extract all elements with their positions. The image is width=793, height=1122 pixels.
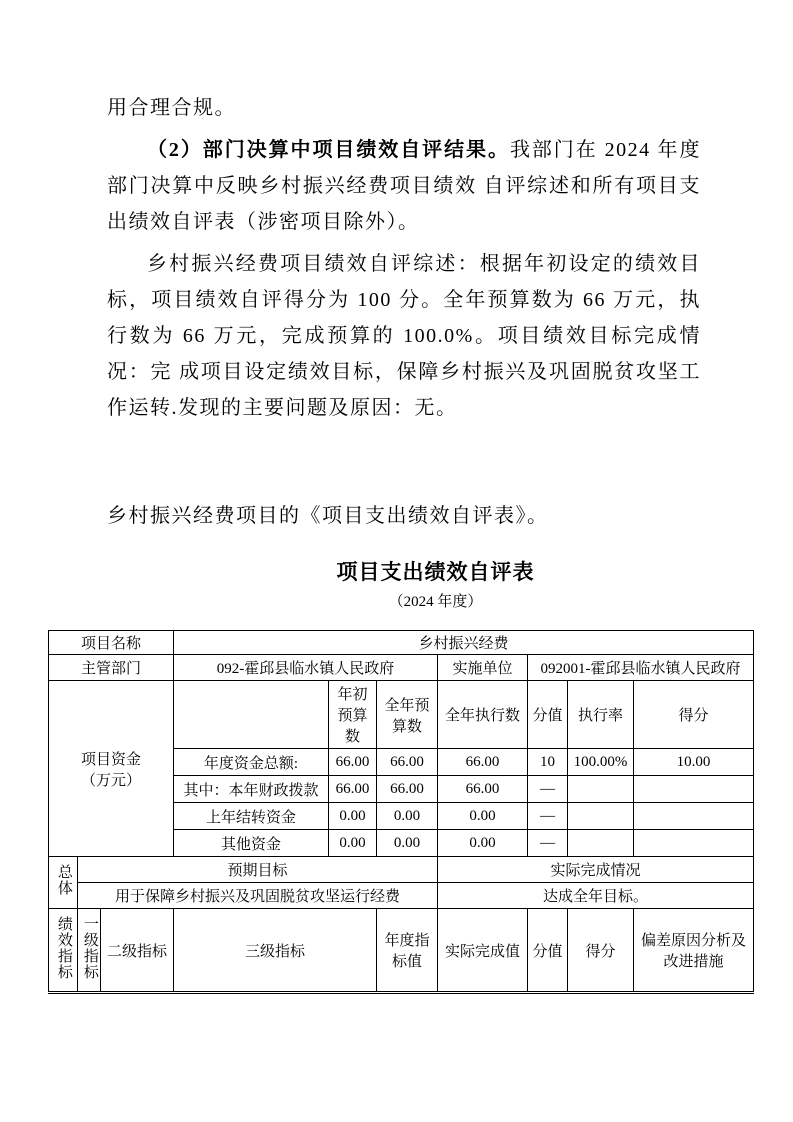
table-subtitle-year: （2024 年度） bbox=[48, 590, 753, 611]
row-indicator-headers: 绩效指标 一级指标 二级指标 三级指标 年度指标值 实际完成值 分值 得分 偏差… bbox=[49, 909, 754, 993]
fund-annual: 0.00 bbox=[377, 830, 438, 857]
self-evaluation-table: 项目名称 乡村振兴经费 主管部门 092-霍邱县临水镇人民政府 实施单位 092… bbox=[48, 630, 754, 994]
overall-actual-value: 达成全年目标。 bbox=[438, 883, 754, 909]
indicator-level1-text: 一级指标 bbox=[81, 916, 97, 980]
indicator-level2-header: 二级指标 bbox=[101, 909, 174, 993]
fund-header-score: 得分 bbox=[634, 681, 754, 749]
indicator-score-header: 得分 bbox=[568, 909, 634, 993]
fund-rate bbox=[568, 830, 634, 857]
fund-annual: 0.00 bbox=[377, 803, 438, 830]
fund-header-blank bbox=[174, 681, 329, 749]
overall-expected-value: 用于保障乡村振兴及巩固脱贫攻坚运行经费 bbox=[78, 883, 438, 909]
paragraph-lead-bold: （2）部门决算中项目绩效自评结果。 bbox=[147, 139, 510, 161]
fund-initial: 0.00 bbox=[329, 803, 377, 830]
fund-row-name: 其他资金 bbox=[174, 830, 329, 857]
fund-section-label: 项目资金 （万元） bbox=[49, 681, 174, 857]
fund-header-annual-budget: 全年预算数 bbox=[377, 681, 438, 749]
impl-unit-label: 实施单位 bbox=[438, 655, 528, 681]
fund-row-name: 上年结转资金 bbox=[174, 803, 329, 830]
fund-executed: 0.00 bbox=[438, 830, 528, 857]
indicator-deviation-header: 偏差原因分析及改进措施 bbox=[634, 909, 754, 993]
fund-executed: 66.00 bbox=[438, 749, 528, 776]
fund-annual: 66.00 bbox=[377, 776, 438, 803]
fund-row-name: 年度资金总额: bbox=[174, 749, 329, 776]
fund-score bbox=[634, 803, 754, 830]
row-overall-values: 用于保障乡村振兴及巩固脱贫攻坚运行经费 达成全年目标。 bbox=[49, 883, 754, 909]
project-name-label: 项目名称 bbox=[49, 631, 174, 655]
fund-weight: — bbox=[528, 803, 568, 830]
fund-initial: 66.00 bbox=[329, 776, 377, 803]
fund-score: 10.00 bbox=[634, 749, 754, 776]
indicator-level1-header: 一级指标 bbox=[78, 909, 101, 993]
row-department: 主管部门 092-霍邱县临水镇人民政府 实施单位 092001-霍邱县临水镇人民… bbox=[49, 655, 754, 681]
fund-executed: 0.00 bbox=[438, 803, 528, 830]
fund-rate bbox=[568, 803, 634, 830]
fund-score bbox=[634, 830, 754, 857]
indicator-actual-value-header: 实际完成值 bbox=[438, 909, 528, 993]
paragraph-table-intro: 乡村振兴经费项目的《项目支出绩效自评表》。 bbox=[107, 498, 701, 534]
project-name-value: 乡村振兴经费 bbox=[174, 631, 754, 655]
fund-header-initial-budget: 年初预算数 bbox=[329, 681, 377, 749]
fund-annual: 66.00 bbox=[377, 749, 438, 776]
indicator-label-text: 绩效指标 bbox=[55, 916, 71, 980]
fund-header-score-weight: 分值 bbox=[528, 681, 568, 749]
paragraph-eval-summary: 乡村振兴经费项目绩效自评综述：根据年初设定的绩效目标，项目绩效自评得分为 100… bbox=[107, 246, 701, 426]
fund-weight: 10 bbox=[528, 749, 568, 776]
overall-label-text: 总体 bbox=[55, 864, 71, 896]
body-text: 用合理合规。 （2）部门决算中项目绩效自评结果。我部门在 2024 年度部门决算… bbox=[107, 90, 701, 534]
indicator-section-label: 绩效指标 bbox=[49, 909, 78, 993]
dept-value: 092-霍邱县临水镇人民政府 bbox=[174, 655, 438, 681]
paragraph-self-eval-result: （2）部门决算中项目绩效自评结果。我部门在 2024 年度部门决算中反映乡村振兴… bbox=[107, 132, 701, 240]
paragraph-closing-line: 用合理合规。 bbox=[107, 90, 701, 126]
fund-header-annual-executed: 全年执行数 bbox=[438, 681, 528, 749]
dept-label: 主管部门 bbox=[49, 655, 174, 681]
row-overall-headers: 总体 预期目标 实际完成情况 bbox=[49, 857, 754, 883]
fund-executed: 66.00 bbox=[438, 776, 528, 803]
fund-initial: 0.00 bbox=[329, 830, 377, 857]
indicator-level3-header: 三级指标 bbox=[174, 909, 377, 993]
row-project-name: 项目名称 乡村振兴经费 bbox=[49, 631, 754, 655]
fund-header-execution-rate: 执行率 bbox=[568, 681, 634, 749]
overall-section-label: 总体 bbox=[49, 857, 78, 909]
fund-rate: 100.00% bbox=[568, 749, 634, 776]
indicator-score-weight-header: 分值 bbox=[528, 909, 568, 993]
overall-expected-header: 预期目标 bbox=[78, 857, 438, 883]
fund-weight: — bbox=[528, 830, 568, 857]
fund-row-name: 其中：本年财政拨款 bbox=[174, 776, 329, 803]
fund-score bbox=[634, 776, 754, 803]
document-page: 用合理合规。 （2）部门决算中项目绩效自评结果。我部门在 2024 年度部门决算… bbox=[0, 0, 793, 1122]
impl-unit-value: 092001-霍邱县临水镇人民政府 bbox=[528, 655, 754, 681]
fund-rate bbox=[568, 776, 634, 803]
table-title: 项目支出绩效自评表 bbox=[48, 556, 753, 586]
overall-actual-header: 实际完成情况 bbox=[438, 857, 754, 883]
fund-initial: 66.00 bbox=[329, 749, 377, 776]
indicator-annual-target-header: 年度指标值 bbox=[377, 909, 438, 993]
fund-weight: — bbox=[528, 776, 568, 803]
row-fund-headers: 项目资金 （万元） 年初预算数 全年预算数 全年执行数 分值 执行率 得分 bbox=[49, 681, 754, 749]
